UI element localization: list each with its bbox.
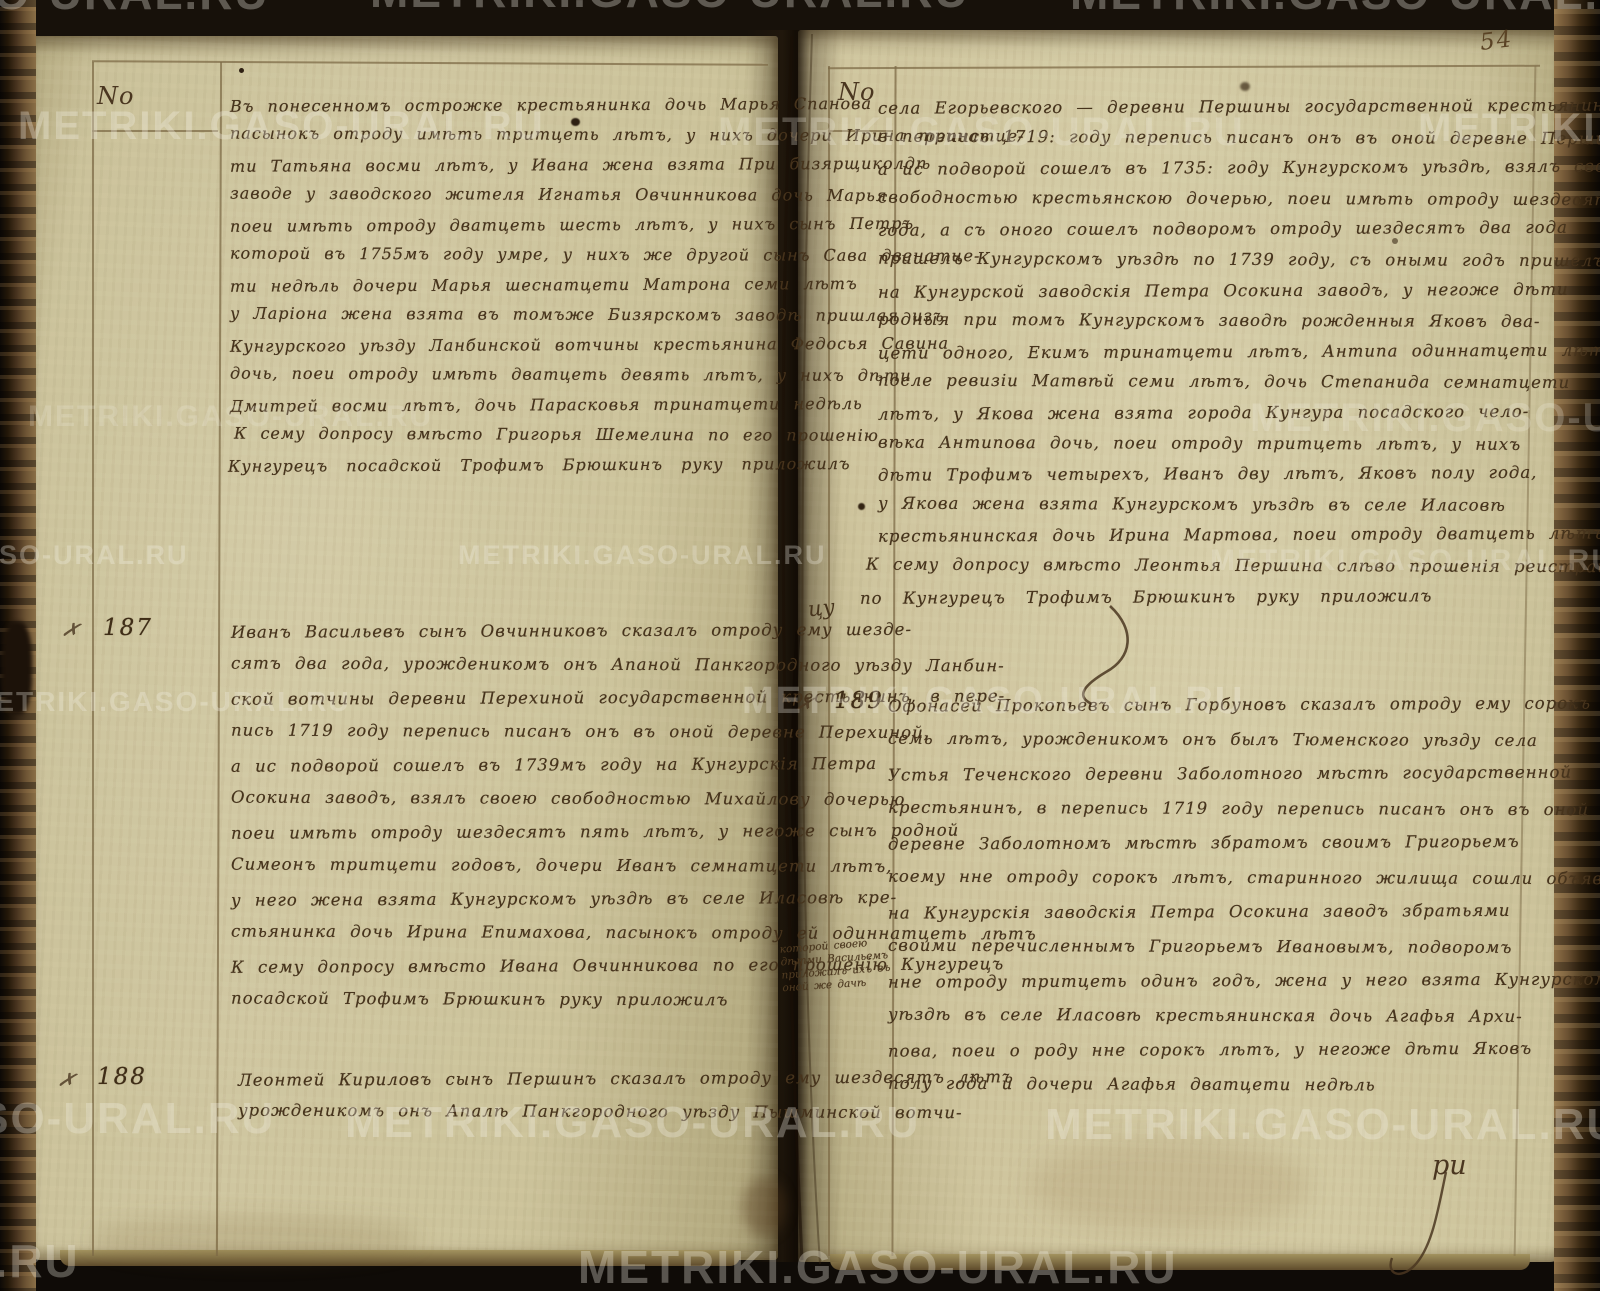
- hand-line: крестьянинъ, в перепись 1719 году перепи…: [888, 790, 1600, 827]
- page-bottom-edge: [830, 1254, 1530, 1270]
- hand-line: года, а съ оного сошелъ подворомъ отроду…: [878, 213, 1600, 247]
- hand-line: на Кунгурскiя заводскiя Петра Осокина за…: [888, 893, 1600, 931]
- hand-line: уѣздѣ въ селе Иласовѣ крестьянинская доч…: [888, 997, 1600, 1034]
- watermark: METRIKI.GASO-URAL.RU: [1070, 0, 1600, 20]
- watermark: METRIKI.GASO-URAL.RU: [0, 0, 270, 20]
- entry-189-paragraph: Офонасей Прокопьевъ сынъ Горбуновъ сказа…: [888, 688, 1600, 1102]
- hand-line: после ревизiи Матвѣй семи лѣтъ, дочь Сте…: [878, 366, 1600, 399]
- hand-line: нне отроду тритцеть одинъ годъ, жена у н…: [888, 962, 1600, 1000]
- hand-line: свободностью крестьянскою дочерью, поеи …: [878, 182, 1600, 215]
- hand-line: семь лѣтъ, урожденикомъ онъ былъ Тюменск…: [888, 721, 1600, 758]
- watermark: METRIKI.GASO-URAL.RU: [370, 0, 970, 18]
- page-number: 54: [1479, 26, 1515, 56]
- hand-line: а ис подворой сошелъ въ 1735: году Кунгу…: [878, 151, 1600, 185]
- manuscript-scan: No No 54 Въ понесенномъ острожке крестья…: [0, 0, 1600, 1291]
- quire-mark: ри: [1432, 1150, 1467, 1181]
- right-intro-paragraph: села Егорьевского — деревни Першины госу…: [878, 92, 1600, 612]
- hand-line: Иванъ Васильевъ сынъ Овчинниковъ сказалъ…: [231, 612, 1037, 649]
- hand-line: Офонасей Прокопьевъ сынъ Горбуновъ сказа…: [888, 686, 1600, 724]
- entry-number: 187: [103, 615, 153, 641]
- hand-line: у Якова жена взята Кунгурскомъ уѣздѣ въ …: [878, 488, 1600, 521]
- page-bottom-edge: [60, 1250, 740, 1266]
- hand-line: села Егорьевского — деревни Першины госу…: [878, 90, 1600, 124]
- entry-number: 189: [834, 688, 884, 714]
- hand-line: пова, поеи о роду нне сорокъ лѣтъ, у нег…: [888, 1031, 1600, 1069]
- hand-line: вѣка Антипова дочь, поеи отроду тритцеть…: [878, 427, 1600, 460]
- entry-number: 188: [97, 1064, 147, 1090]
- margin-note: которой своеюдѣтми Васильемъприложилъ их…: [779, 937, 882, 996]
- page-stack-edge-left: [0, 0, 36, 1291]
- margin-mark: цу: [807, 595, 836, 622]
- no-column-header-left: No: [97, 82, 134, 110]
- hand-line: лѣтъ, у Якова жена взята города Кунгура …: [878, 396, 1600, 430]
- hand-line: в перепись 1719: году перепись писанъ он…: [878, 121, 1600, 154]
- hand-line: пришелъ Кунгурскомъ уѣздѣ по 1739 году, …: [878, 244, 1600, 277]
- hand-line: коему нне отроду сорокъ лѣтъ, старинного…: [888, 859, 1600, 896]
- hand-line: сятъ два года, урожденикомъ онъ Апаной П…: [231, 646, 1037, 682]
- hand-line: дѣти Трофимъ четырехъ, Иванъ дву лѣтъ, Я…: [878, 457, 1600, 491]
- hand-line: по Кунгурецъ Трофимъ Брюшкинъ руку прило…: [860, 580, 1600, 614]
- hand-line: крестьянинская дочь Ирина Мартова, поеи …: [878, 519, 1600, 553]
- hand-line: полу года и дочери Агафья дватцети недѣл…: [888, 1066, 1600, 1103]
- hand-line: К сему допросу вмѣсто Леонтья Першина сл…: [866, 550, 1600, 583]
- hand-line: Устья Теченского деревни Заболотного мѣс…: [888, 755, 1600, 793]
- margin-rule: [92, 62, 94, 1256]
- margin-rule: [92, 130, 218, 132]
- hand-line: своими перечисленнымъ Григорьемъ Ивановы…: [888, 928, 1600, 965]
- hand-line: родныя при томъ Кунгурскомъ заводѣ рожде…: [878, 305, 1600, 338]
- hand-line: цети одного, Екимъ тринатцети лѣтъ, Анти…: [878, 335, 1600, 369]
- hand-line: деревне Заболотномъ мѣстѣ збратомъ своим…: [888, 824, 1600, 862]
- hand-line: на Кунгурской заводскiя Петра Осокина за…: [878, 274, 1600, 308]
